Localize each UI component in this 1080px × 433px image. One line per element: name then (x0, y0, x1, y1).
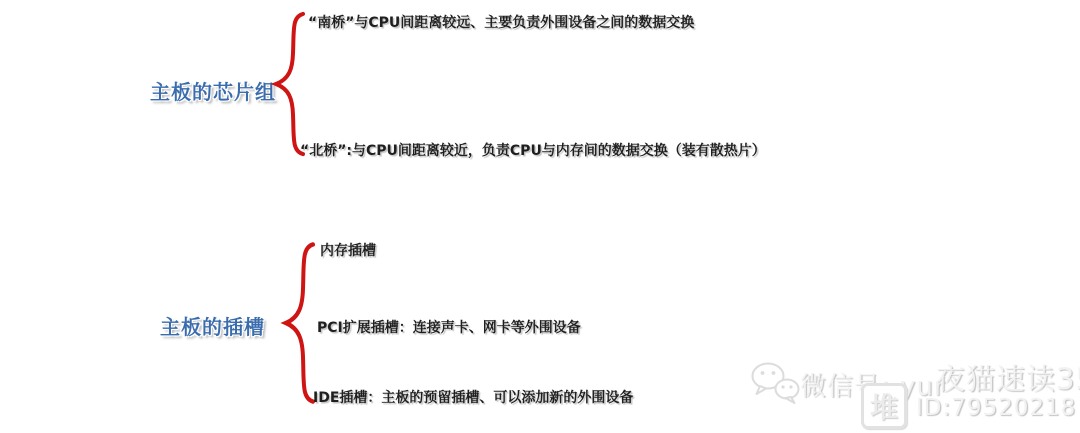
branch-item-northbridge: “北桥”:与CPU间距离较近，负责CPU与内存间的数据交换（装有散热片） (300, 140, 766, 160)
wechat-icon (750, 361, 802, 405)
group-label-slots: 主板的插槽 (160, 311, 265, 340)
watermark-overlay-name: 夜猫速读35 (936, 357, 1080, 398)
watermark-id-label: ID:79520218 (916, 395, 1076, 421)
branch-item-ide-slot: IDE插槽：主板的预留插槽、可以添加新的外围设备 (313, 387, 633, 407)
diagram-canvas: 主板的芯片组 “南桥”与CPU间距离较远、主要负责外围设备之间的数据交换 “北桥… (0, 0, 1080, 433)
branch-item-memory-slot: 内存插槽 (320, 240, 376, 260)
branch-item-pci-slot: PCI扩展插槽：连接声卡、网卡等外围设备 (317, 317, 581, 337)
duitang-logo-icon: 堆 (861, 383, 907, 429)
brace-icon (280, 240, 316, 406)
brace-icon (270, 10, 306, 158)
duitang-logo-glyph: 堆 (870, 386, 898, 426)
branch-item-southbridge: “南桥”与CPU间距离较远、主要负责外围设备之间的数据交换 (308, 12, 694, 32)
group-label-chipset: 主板的芯片组 (150, 76, 276, 105)
